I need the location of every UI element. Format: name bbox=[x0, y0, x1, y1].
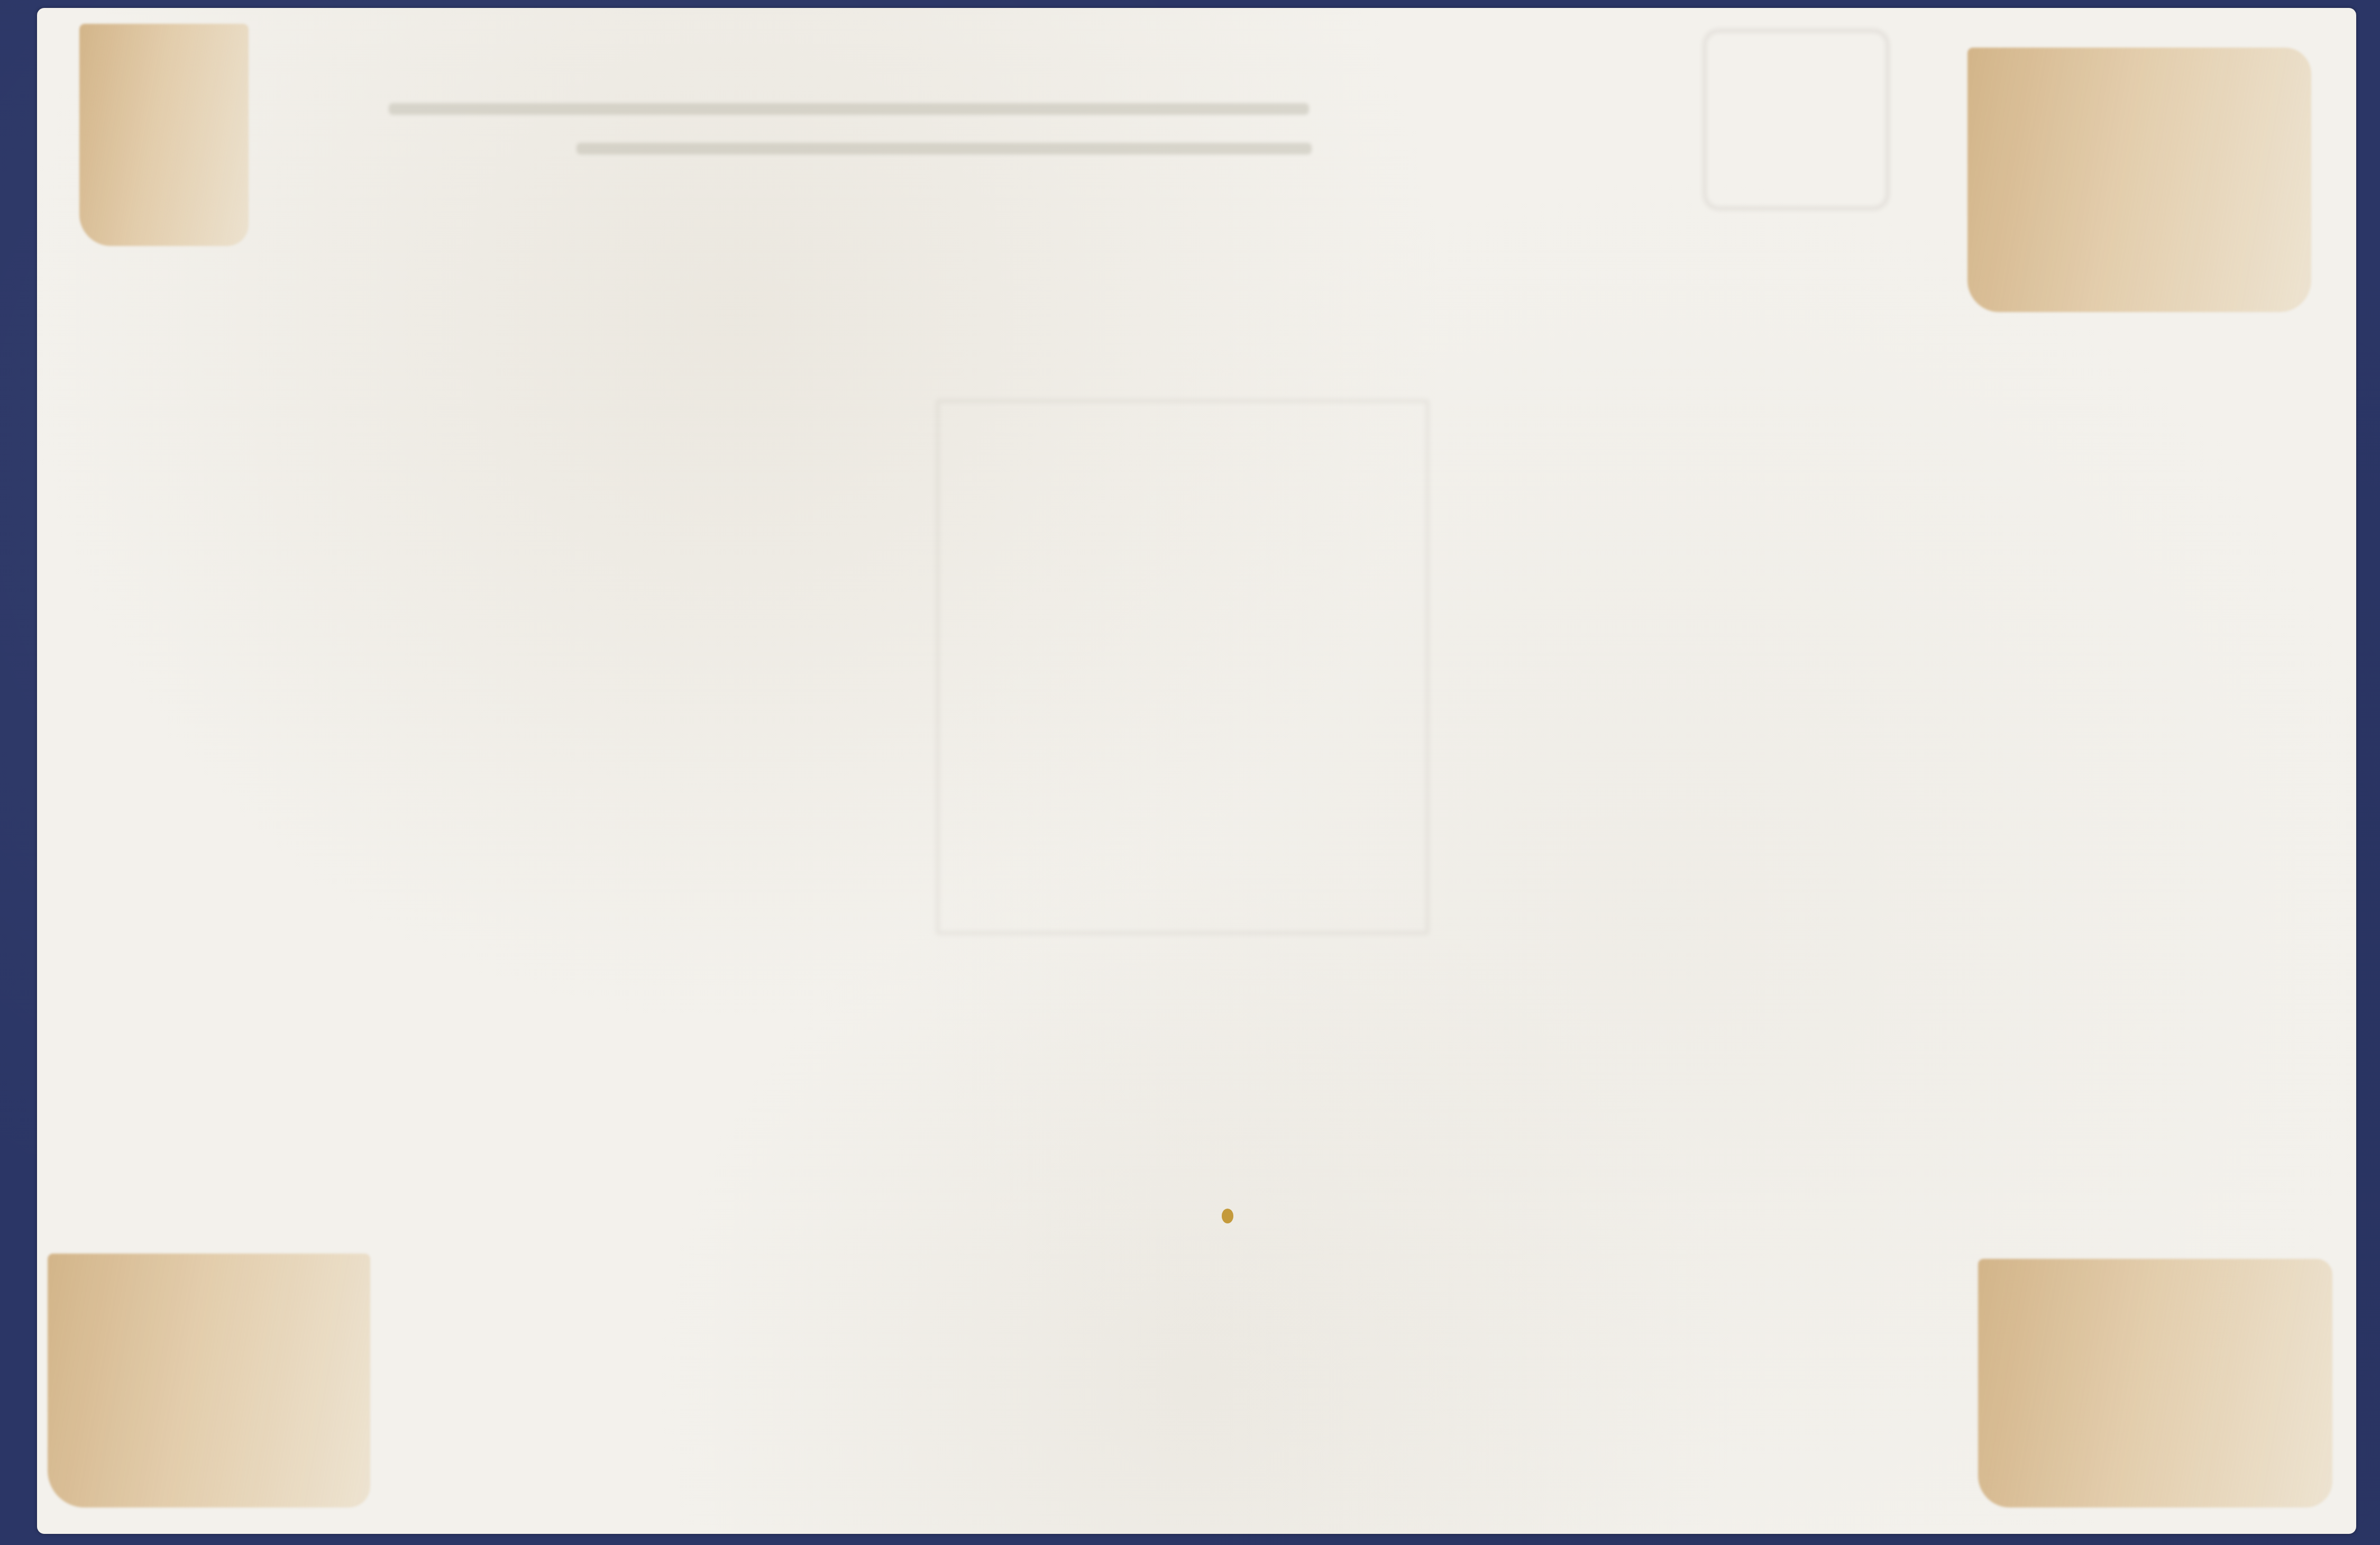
adhesive-stain-top-left bbox=[79, 24, 249, 246]
ghost-text-line-1 bbox=[389, 103, 1309, 115]
adhesive-stain-top-right bbox=[1967, 48, 2311, 312]
ghost-text-line-2 bbox=[576, 143, 1312, 154]
ghost-center-impression bbox=[936, 399, 1429, 935]
photo-card-back bbox=[37, 8, 2356, 1534]
adhesive-stain-bottom-left bbox=[48, 1254, 370, 1507]
ochre-spot bbox=[1222, 1209, 1233, 1223]
ghost-stamp-mark bbox=[1703, 29, 1889, 210]
adhesive-stain-bottom-right bbox=[1978, 1259, 2332, 1507]
